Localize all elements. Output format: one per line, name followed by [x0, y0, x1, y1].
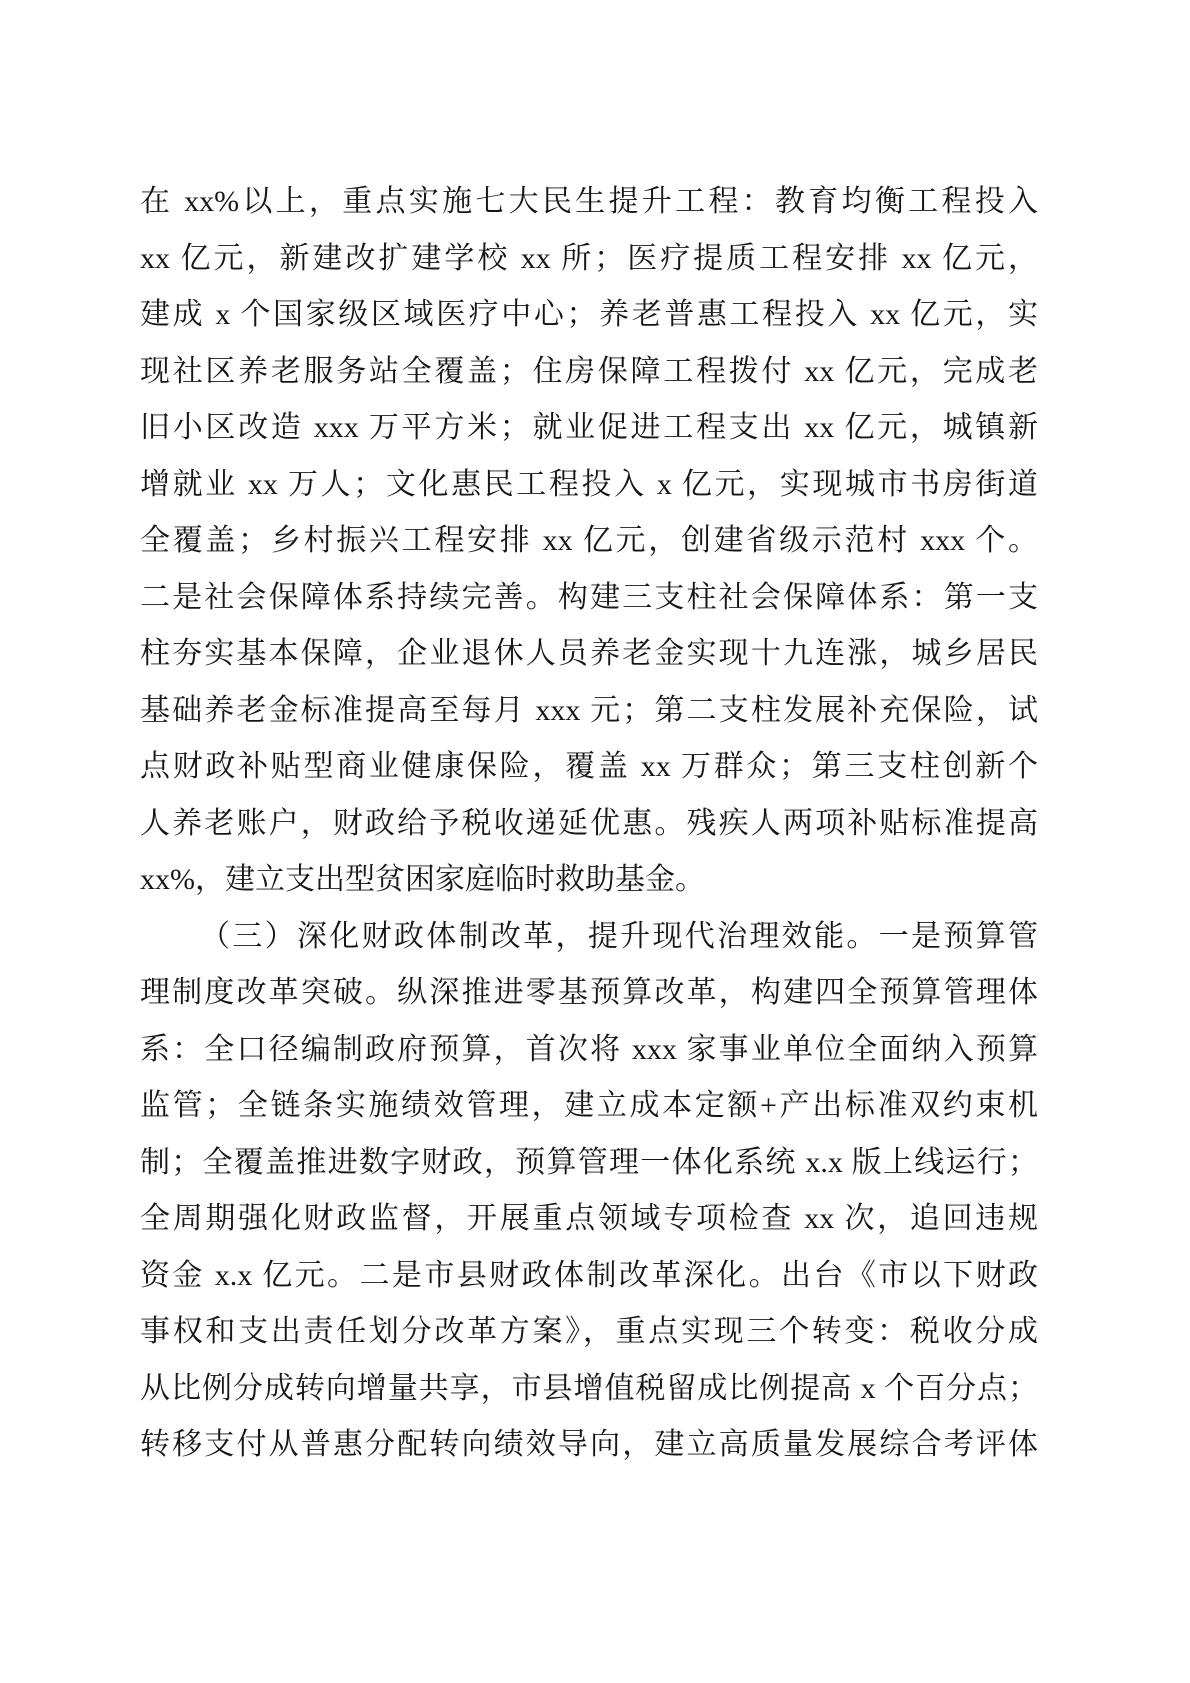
document-line: 制；全覆盖推进数字财政，预算管理一体化系统 x.x 版上线运行；: [140, 1135, 1038, 1192]
document-line: xx%，建立支出型贫困家庭临时救助基金。: [140, 852, 1038, 909]
document-line: 转移支付从普惠分配转向绩效导向，建立高质量发展综合考评体: [140, 1417, 1038, 1474]
document-line: 增就业 xx 万人；文化惠民工程投入 x 亿元，实现城市书房街道: [140, 457, 1038, 514]
document-line: （三）深化财政体制改革，提升现代治理效能。一是预算管: [140, 909, 1038, 966]
paragraph-section-three: （三）深化财政体制改革，提升现代治理效能。一是预算管 理制度改革突破。纵深推进零…: [140, 909, 1038, 1474]
document-line: xx 亿元，新建改扩建学校 xx 所；医疗提质工程安排 xx 亿元，: [140, 231, 1038, 288]
document-line: 监管；全链条实施绩效管理，建立成本定额+产出标准双约束机: [140, 1078, 1038, 1135]
document-line: 系：全口径编制政府预算，首次将 xxx 家事业单位全面纳入预算: [140, 1022, 1038, 1079]
document-page: 在 xx%以上，重点实施七大民生提升工程：教育均衡工程投入 xx 亿元，新建改扩…: [0, 0, 1190, 1683]
document-line: 在 xx%以上，重点实施七大民生提升工程：教育均衡工程投入: [140, 174, 1038, 231]
document-line: 从比例分成转向增量共享，市县增值税留成比例提高 x 个百分点；: [140, 1361, 1038, 1418]
document-line: 二是社会保障体系持续完善。构建三支柱社会保障体系：第一支: [140, 570, 1038, 627]
paragraph-continued: 在 xx%以上，重点实施七大民生提升工程：教育均衡工程投入 xx 亿元，新建改扩…: [140, 174, 1038, 909]
document-line: 理制度改革突破。纵深推进零基预算改革，构建四全预算管理体: [140, 965, 1038, 1022]
document-line: 基础养老金标准提高至每月 xxx 元；第二支柱发展补充保险，试: [140, 683, 1038, 740]
document-line: 旧小区改造 xxx 万平方米；就业促进工程支出 xx 亿元，城镇新: [140, 400, 1038, 457]
document-line: 事权和支出责任划分改革方案》，重点实现三个转变：税收分成: [140, 1304, 1038, 1361]
document-line: 全周期强化财政监督，开展重点领域专项检查 xx 次，追回违规: [140, 1191, 1038, 1248]
document-line: 柱夯实基本保障，企业退休人员养老金实现十九连涨，城乡居民: [140, 626, 1038, 683]
document-line: 人养老账户，财政给予税收递延优惠。残疾人两项补贴标准提高: [140, 796, 1038, 853]
document-line: 现社区养老服务站全覆盖；住房保障工程拨付 xx 亿元，完成老: [140, 344, 1038, 401]
document-line: 点财政补贴型商业健康保险，覆盖 xx 万群众；第三支柱创新个: [140, 739, 1038, 796]
document-line: 资金 x.x 亿元。二是市县财政体制改革深化。出台《市以下财政: [140, 1248, 1038, 1305]
document-line: 全覆盖；乡村振兴工程安排 xx 亿元，创建省级示范村 xxx 个。: [140, 513, 1038, 570]
document-line: 建成 x 个国家级区域医疗中心；养老普惠工程投入 xx 亿元，实: [140, 287, 1038, 344]
